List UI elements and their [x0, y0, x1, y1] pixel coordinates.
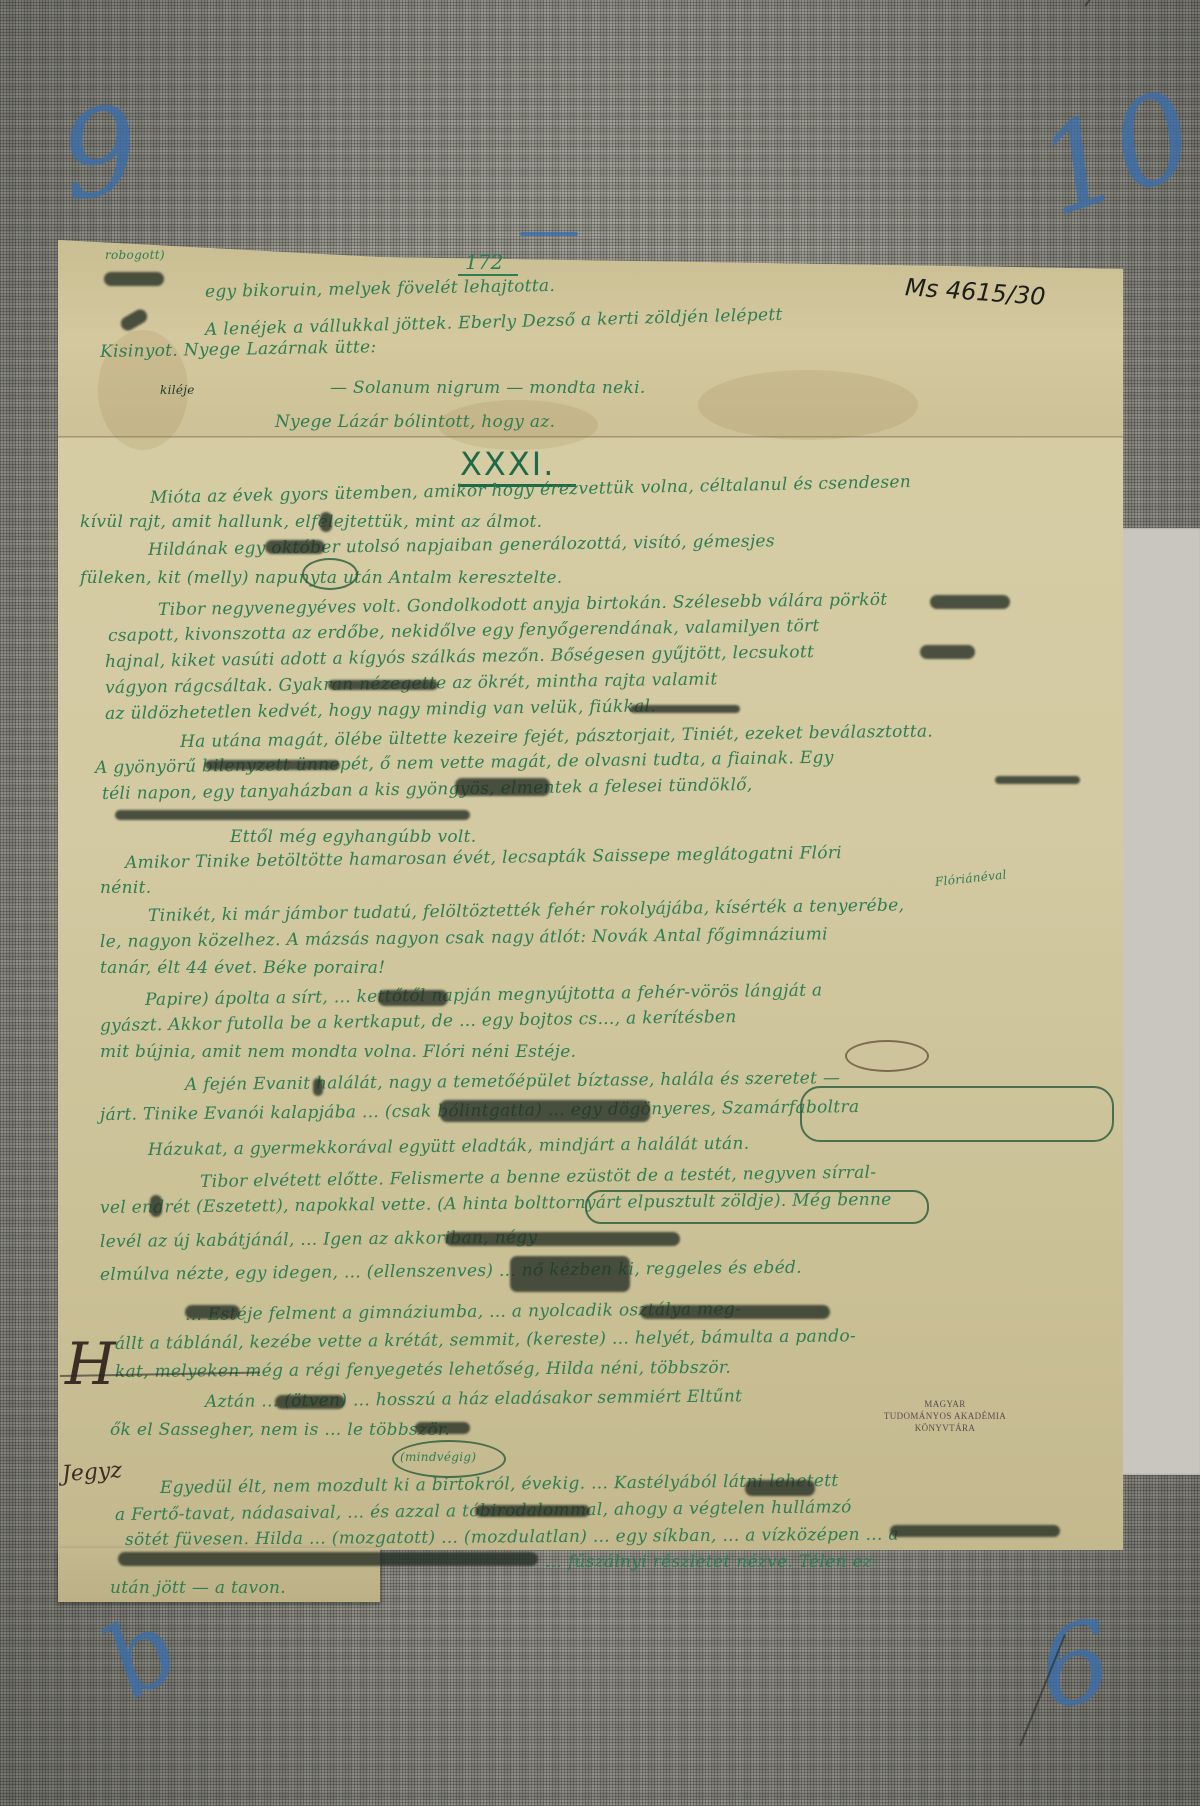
circled-insertion — [585, 1190, 929, 1224]
text-line: — Solanum nigrum — mondta neki. — [330, 378, 646, 398]
margin-word: kiléje — [160, 383, 195, 397]
corner-number-bottom-left: b — [89, 1596, 194, 1715]
crossed-out-word — [995, 776, 1080, 784]
stamp-line: KÖNYVTÁRA — [880, 1422, 1010, 1434]
library-stamp: MAGYAR TUDOMÁNYOS AKADÉMIA KÖNYVTÁRA — [880, 1398, 1010, 1434]
circled-insertion — [845, 1040, 929, 1072]
text-line: mit bújnia, amit nem mondta volna. Flóri… — [100, 1042, 576, 1062]
backing-sheet — [1118, 528, 1200, 1475]
text-line: tanár, élt 44 évet. Béke poraira! — [100, 958, 385, 978]
crossed-out-passage — [640, 1305, 830, 1319]
manuscript-page — [58, 240, 1123, 1550]
crossed-out-word — [205, 760, 340, 770]
text-line: kat, melyeken még a régi fenyegetés lehe… — [115, 1358, 731, 1382]
crossed-out-word — [745, 1480, 815, 1496]
chapter-heading: XXXI. — [460, 445, 555, 483]
crossed-out-word — [104, 272, 164, 286]
marginal-insertion-box — [800, 1086, 1114, 1142]
text-line: nénit. — [100, 878, 151, 898]
text-line: Nyege Lázár bólintott, hogy az. — [275, 412, 555, 432]
crossed-out-line — [115, 810, 470, 820]
crossed-out-word — [630, 705, 740, 713]
crossed-out-word — [275, 1395, 345, 1409]
crossed-out-word — [475, 1505, 590, 1517]
crossed-out-word — [185, 1305, 240, 1319]
margin-note: robogott) — [105, 248, 165, 262]
text-line: ők el Sassegher, nem is ... le többször. — [110, 1420, 450, 1440]
crossed-out-passage — [445, 1232, 680, 1246]
crossed-out-word — [920, 645, 975, 659]
page-number: 172 — [465, 250, 503, 274]
margin-note: Jegyz — [61, 1458, 123, 1487]
crossed-out-line — [118, 1552, 538, 1566]
crossed-out-word — [265, 540, 325, 554]
corner-number-top-left: 9 — [54, 90, 146, 219]
corner-number-bottom-right: 6 — [1031, 1605, 1119, 1725]
stamp-line: MAGYAR — [880, 1398, 1010, 1410]
stamp-line: TUDOMÁNYOS AKADÉMIA — [880, 1410, 1010, 1422]
circled-insertion — [302, 558, 358, 590]
crossed-out-word — [455, 778, 550, 796]
margin-bracket-mark: H — [65, 1330, 116, 1398]
crossed-out-passage — [510, 1256, 630, 1292]
corner-number-top-right: 10 — [1025, 74, 1200, 235]
crossed-out-word — [930, 595, 1010, 609]
stain — [698, 370, 918, 440]
crossed-out-word — [313, 1078, 323, 1096]
corner-guide-line — [1084, 0, 1175, 7]
crossed-out-passage — [890, 1525, 1060, 1537]
text-line: Ettől még egyhangúbb volt. — [230, 827, 477, 847]
crossed-out-word — [415, 1422, 470, 1434]
strip-text-line: után jött — a tavon. — [110, 1578, 286, 1598]
fold-line — [58, 436, 1123, 439]
crossed-out-passage — [440, 1100, 650, 1122]
crossed-out-word — [378, 990, 448, 1006]
crossed-out-word — [328, 680, 438, 690]
circled-insertion — [392, 1440, 506, 1478]
blue-pencil-mark — [520, 232, 578, 236]
crossed-out-word — [320, 512, 332, 532]
crossed-out-word — [150, 1195, 162, 1217]
text-line: ... fűszálnyi részletet nézve. Télen ez- — [545, 1552, 878, 1572]
text-line: kívül rajt, amit hallunk, elfelejtettük,… — [80, 512, 542, 532]
